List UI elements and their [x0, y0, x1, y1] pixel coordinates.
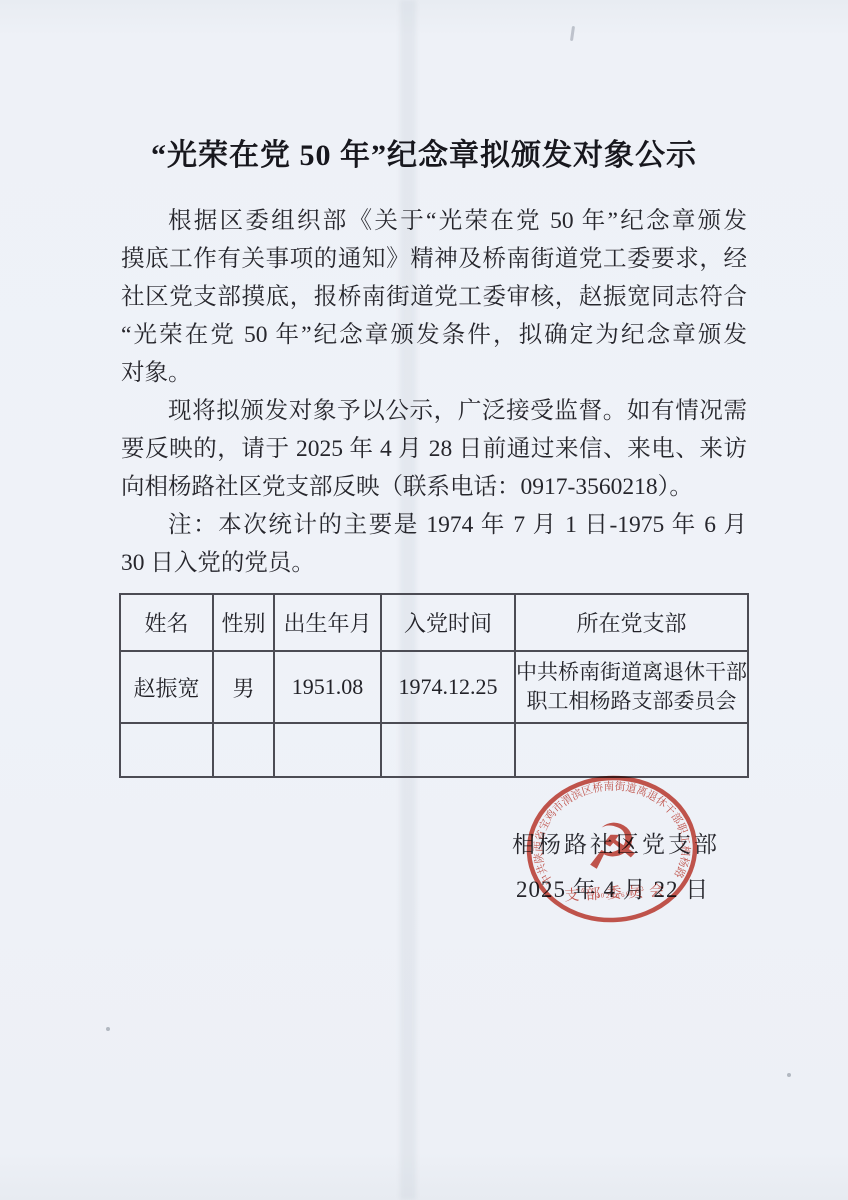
col-header-party-branch: 所在党支部	[515, 594, 748, 651]
body-line: 根据区委组织部《关于“光荣在党 50 年”纪念章颁发	[121, 202, 747, 240]
cell-join-date: 1974.12.25	[381, 651, 515, 723]
body-line: 现将拟颁发对象予以公示，广泛接受监督。如有情况需	[121, 392, 747, 430]
official-seal: 中共陕西省宝鸡市渭滨区桥南街道离退休干部职工相杨路 ☭ 支部委员会 619302…	[518, 767, 706, 930]
notice-title-text: “光荣在党 50 年”纪念章拟颁发对象公示	[151, 139, 697, 172]
cell-join-date	[381, 723, 515, 777]
body-line: 摸底工作有关事项的通知》精神及桥南街道党工委要求，经	[121, 240, 747, 278]
party-branch-line: 中共桥南街道离退休干部	[516, 658, 747, 687]
scanned-notice-page: “光荣在党 50 年”纪念章拟颁发对象公示 根据区委组织部《关于“光荣在党 50…	[0, 0, 848, 1200]
cell-gender	[213, 723, 274, 777]
seal-inner-text: 支部委员会	[564, 882, 665, 904]
body-line: 要反映的，请于 2025 年 4 月 28 日前通过来信、来电、来访	[121, 430, 747, 468]
scan-speck	[106, 1027, 110, 1031]
cell-birth-date: 1951.08	[274, 651, 381, 723]
scan-artifact	[570, 26, 575, 41]
notice-body: 根据区委组织部《关于“光荣在党 50 年”纪念章颁发 摸底工作有关事项的通知》精…	[121, 202, 747, 582]
cell-gender: 男	[213, 651, 274, 723]
hammer-sickle-icon: ☭	[582, 809, 641, 885]
table-row: 赵振宽 男 1951.08 1974.12.25 中共桥南街道离退休干部 职工相…	[120, 651, 748, 723]
roster-table: 姓名 性别 出生年月 入党时间 所在党支部 赵振宽 男 1951.08 1974…	[119, 593, 749, 778]
col-header-name: 姓名	[120, 594, 213, 651]
body-line: 注：本次统计的主要是 1974 年 7 月 1 日-1975 年 6 月	[121, 506, 747, 544]
party-branch-line: 职工相杨路支部委员会	[516, 687, 747, 716]
body-line: 社区党支部摸底，报桥南街道党工委审核，赵振宽同志符合	[121, 278, 747, 316]
body-line: “光荣在党 50 年”纪念章颁发条件，拟确定为纪念章颁发	[121, 316, 747, 354]
body-line: 对象。	[121, 354, 747, 392]
notice-title: “光荣在党 50 年”纪念章拟颁发对象公示	[0, 130, 848, 174]
body-line: 30 日入党的党员。	[121, 544, 747, 582]
col-header-gender: 性别	[213, 594, 274, 651]
cell-name	[120, 723, 213, 777]
cell-name: 赵振宽	[120, 651, 213, 723]
body-line: 向相杨路社区党支部反映（联系电话：0917-3560218）。	[121, 468, 747, 506]
cell-party-branch	[515, 723, 748, 777]
col-header-join-date: 入党时间	[381, 594, 515, 651]
table-header-row: 姓名 性别 出生年月 入党时间 所在党支部	[120, 594, 748, 651]
cell-party-branch: 中共桥南街道离退休干部 职工相杨路支部委员会	[515, 651, 748, 723]
scan-speck	[787, 1073, 791, 1077]
cell-birth-date	[274, 723, 381, 777]
col-header-birth-date: 出生年月	[274, 594, 381, 651]
